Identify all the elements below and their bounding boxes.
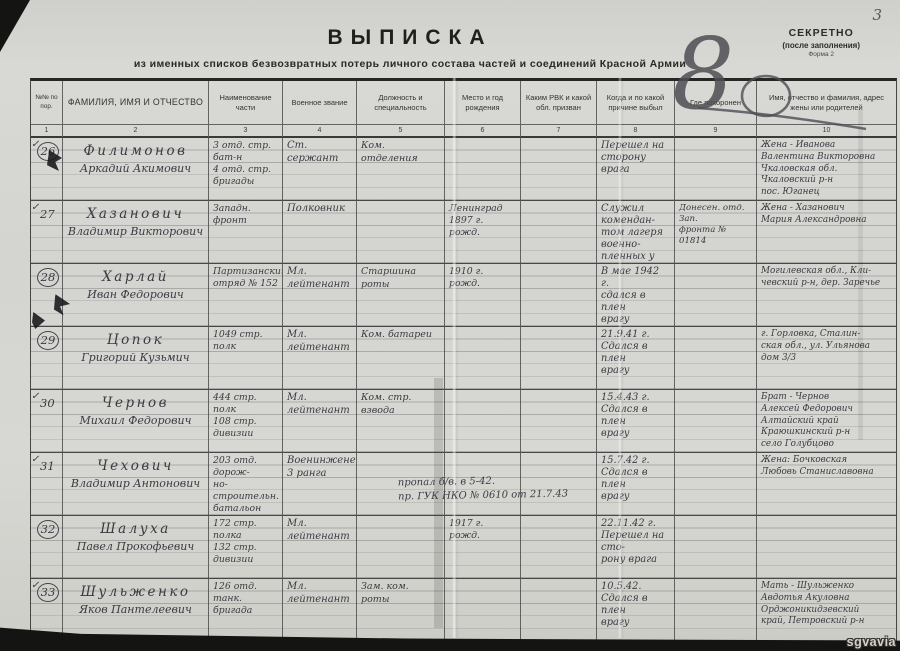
buried-cell — [675, 390, 757, 453]
family-cell: Жена - Иванова Валентина Викторовна Чкал… — [757, 138, 896, 201]
row-number-cell: ✓27 — [31, 201, 63, 264]
name-cell: ХазановичВладимир Викторович — [63, 201, 209, 264]
unit-cell: Западн. фронт — [209, 201, 283, 264]
column-header-8: Когда и по какой причине выбыл — [597, 81, 675, 125]
surname: Шульженко — [67, 581, 204, 603]
row-number: 33 — [37, 583, 59, 602]
surname: Чернов — [67, 392, 204, 414]
buried-cell — [675, 264, 757, 327]
family-cell: Жена: Бочковская Любовь Станиславовна — [757, 453, 896, 516]
form-label: Форма 2 — [782, 51, 860, 58]
row-number: 28 — [37, 268, 59, 287]
unit-cell: 126 отд. танк. бригада — [209, 579, 283, 642]
unit-cell: 444 стр. полк 108 стр. дивизии — [209, 390, 283, 453]
family-cell: Жена - Хазанович Мария Александровна — [757, 201, 896, 264]
scan-corner-shadow — [0, 0, 30, 52]
column-number-4: 4 — [283, 125, 357, 138]
birth-cell — [445, 327, 521, 390]
surname: Цопок — [67, 329, 204, 351]
column-number-7: 7 — [521, 125, 597, 138]
position-cell: Ком. стр. взвода — [357, 390, 445, 453]
rank-cell: Полковник — [283, 201, 357, 264]
watermark: sgvavia — [847, 635, 896, 649]
row-number: 30 — [40, 396, 55, 410]
position-cell: Ком. батареи — [357, 327, 445, 390]
surname: Филимонов — [67, 140, 204, 162]
surname: Шалуха — [67, 518, 204, 540]
rvk-cell — [521, 390, 597, 453]
row-number: 31 — [40, 459, 55, 473]
reason-cell: 22.11.42 г. Перешел на сто- рону врага — [597, 516, 675, 579]
name-cell: ШалухаПавел Прокофьевич — [63, 516, 209, 579]
rank-cell: Мл. лейтенант — [283, 579, 357, 642]
birth-cell — [445, 138, 521, 201]
rank-cell: Мл. лейтенант — [283, 327, 357, 390]
reason-cell: 15.4.43 г. Сдался в плен врагу — [597, 390, 675, 453]
reason-cell: В мае 1942 г. сдался в плен врагу — [597, 264, 675, 327]
column-header-9: Где похоронен — [675, 81, 757, 125]
buried-cell — [675, 579, 757, 642]
unit-cell: Партизанский отряд № 152 — [209, 264, 283, 327]
column-header-6: Место и год рождения — [445, 81, 521, 125]
name-cell: ХарлайИван Федорович — [63, 264, 209, 327]
reason-cell: 21.9.41 г. Сдался в плен врагу — [597, 327, 675, 390]
buried-cell — [675, 516, 757, 579]
column-header-5: Должность и специальность — [357, 81, 445, 125]
unit-cell: 3 отд. стр. бат-н 4 отд. стр. бригады — [209, 138, 283, 201]
birth-cell — [445, 579, 521, 642]
name-cell: ЧерновМихаил Федорович — [63, 390, 209, 453]
unit-cell: 203 отд. дорож- но-строительн. батальон — [209, 453, 283, 516]
check-mark: ✓ — [31, 202, 39, 213]
buried-cell — [675, 138, 757, 201]
column-number-6: 6 — [445, 125, 521, 138]
name-cell: ЦопокГригорий Кузьмич — [63, 327, 209, 390]
losses-table: №№ по пор.ФАМИЛИЯ, ИМЯ И ОТЧЕСТВОНаимено… — [30, 78, 897, 643]
name-cell: ШульженкоЯков Пантелеевич — [63, 579, 209, 642]
family-cell: Могилевская обл., Кли- чевский р-н, дер.… — [757, 264, 896, 327]
check-mark: ✓ — [31, 454, 39, 465]
row-number-cell: ✓31 — [31, 453, 63, 516]
family-cell — [757, 516, 896, 579]
check-mark: ✓ — [31, 391, 39, 402]
column-number-5: 5 — [357, 125, 445, 138]
check-mark: ✓ — [31, 139, 39, 150]
buried-cell: Донесен. отд. Зап. фронта № 01814 — [675, 201, 757, 264]
birth-cell: 1917 г. рожд. — [445, 516, 521, 579]
given-name: Михаил Федорович — [67, 414, 204, 428]
given-name: Владимир Викторович — [67, 225, 204, 239]
rvk-cell — [521, 327, 597, 390]
column-header-4: Военное звание — [283, 81, 357, 125]
surname: Чехович — [67, 455, 204, 477]
rvk-cell — [521, 264, 597, 327]
column-header-3: Наименование части — [209, 81, 283, 125]
column-header-7: Каким РВК и какой обл. призван — [521, 81, 597, 125]
rank-cell: Мл. лейтенант — [283, 390, 357, 453]
name-cell: ФилимоновАркадий Акимович — [63, 138, 209, 201]
row-number: 32 — [37, 520, 59, 539]
unit-cell: 1049 стр. полк — [209, 327, 283, 390]
marginal-annotation: пропал б/в. в 5-42. пр. ГУК НКО № 0610 о… — [398, 471, 688, 504]
position-cell: Зам. ком. роты — [357, 579, 445, 642]
rank-cell: Мл. лейтенант — [283, 264, 357, 327]
row-number-cell: 29 — [31, 327, 63, 390]
family-cell: г. Горловка, Сталин- ская обл., ул. Улья… — [757, 327, 896, 390]
rvk-cell — [521, 579, 597, 642]
rank-cell: Военинженер 3 ранга — [283, 453, 357, 516]
unit-cell: 172 стр. полка 132 стр. дивизии — [209, 516, 283, 579]
reason-cell: Перешел на сторону врага — [597, 138, 675, 201]
annotation-line1: пропал б/в. в 5-42. — [398, 476, 495, 489]
position-cell: Ком. отделения — [357, 138, 445, 201]
surname: Хазанович — [67, 203, 204, 225]
column-number-2: 2 — [63, 125, 209, 138]
given-name: Иван Федорович — [67, 288, 204, 302]
birth-cell: Ленинград 1897 г. рожд. — [445, 201, 521, 264]
rvk-cell — [521, 138, 597, 201]
document-subtitle: из именных списков безвозвратных потерь … — [0, 58, 820, 70]
column-number-9: 9 — [675, 125, 757, 138]
check-mark: ✓ — [31, 580, 39, 591]
handwritten-page-number: 3 — [872, 6, 882, 24]
position-cell: Старшина роты — [357, 264, 445, 327]
column-header-2: ФАМИЛИЯ, ИМЯ И ОТЧЕСТВО — [63, 81, 209, 125]
family-cell: Мать - Шульженко Авдотья Акуловна Орджон… — [757, 579, 896, 642]
position-cell — [357, 516, 445, 579]
given-name: Аркадий Акимович — [67, 162, 204, 176]
position-cell — [357, 201, 445, 264]
reason-cell: Служил комендан- том лагеря военно- плен… — [597, 201, 675, 264]
reason-cell: 10.5.42. Сдался в плен врагу — [597, 579, 675, 642]
column-number-3: 3 — [209, 125, 283, 138]
birth-cell — [445, 390, 521, 453]
column-number-1: 1 — [31, 125, 63, 138]
given-name: Павел Прокофьевич — [67, 540, 204, 554]
column-header-1: №№ по пор. — [31, 81, 63, 125]
surname: Харлай — [67, 266, 204, 288]
given-name: Яков Пантелеевич — [67, 603, 204, 617]
annotation-line2: пр. ГУК НКО № 0610 от 21.7.43 — [398, 489, 568, 503]
column-header-10: Имя, отчество и фамилия, адрес жены или … — [757, 81, 896, 125]
given-name: Владимир Антонович — [67, 477, 204, 491]
birth-cell: 1910 г. рожд. — [445, 264, 521, 327]
rank-cell: Мл. лейтенант — [283, 516, 357, 579]
rvk-cell — [521, 516, 597, 579]
family-cell: Брат - Чернов Алексей Федорович Алтайски… — [757, 390, 896, 453]
column-number-8: 8 — [597, 125, 675, 138]
given-name: Григорий Кузьмич — [67, 351, 204, 365]
scanned-document-page: 3 СЕКРЕТНО (после заполнения) Форма 2 ВЫ… — [0, 0, 900, 651]
rank-cell: Ст. сержант — [283, 138, 357, 201]
row-number-cell: 32 — [31, 516, 63, 579]
row-number: 27 — [40, 207, 55, 221]
buried-cell — [675, 327, 757, 390]
row-number-cell: ✓30 — [31, 390, 63, 453]
rvk-cell — [521, 201, 597, 264]
document-title: ВЫПИСКА — [0, 26, 820, 50]
column-number-10: 10 — [757, 125, 896, 138]
paper-background: 3 СЕКРЕТНО (после заполнения) Форма 2 ВЫ… — [0, 0, 900, 651]
name-cell: ЧеховичВладимир Антонович — [63, 453, 209, 516]
row-number: 29 — [37, 331, 59, 350]
